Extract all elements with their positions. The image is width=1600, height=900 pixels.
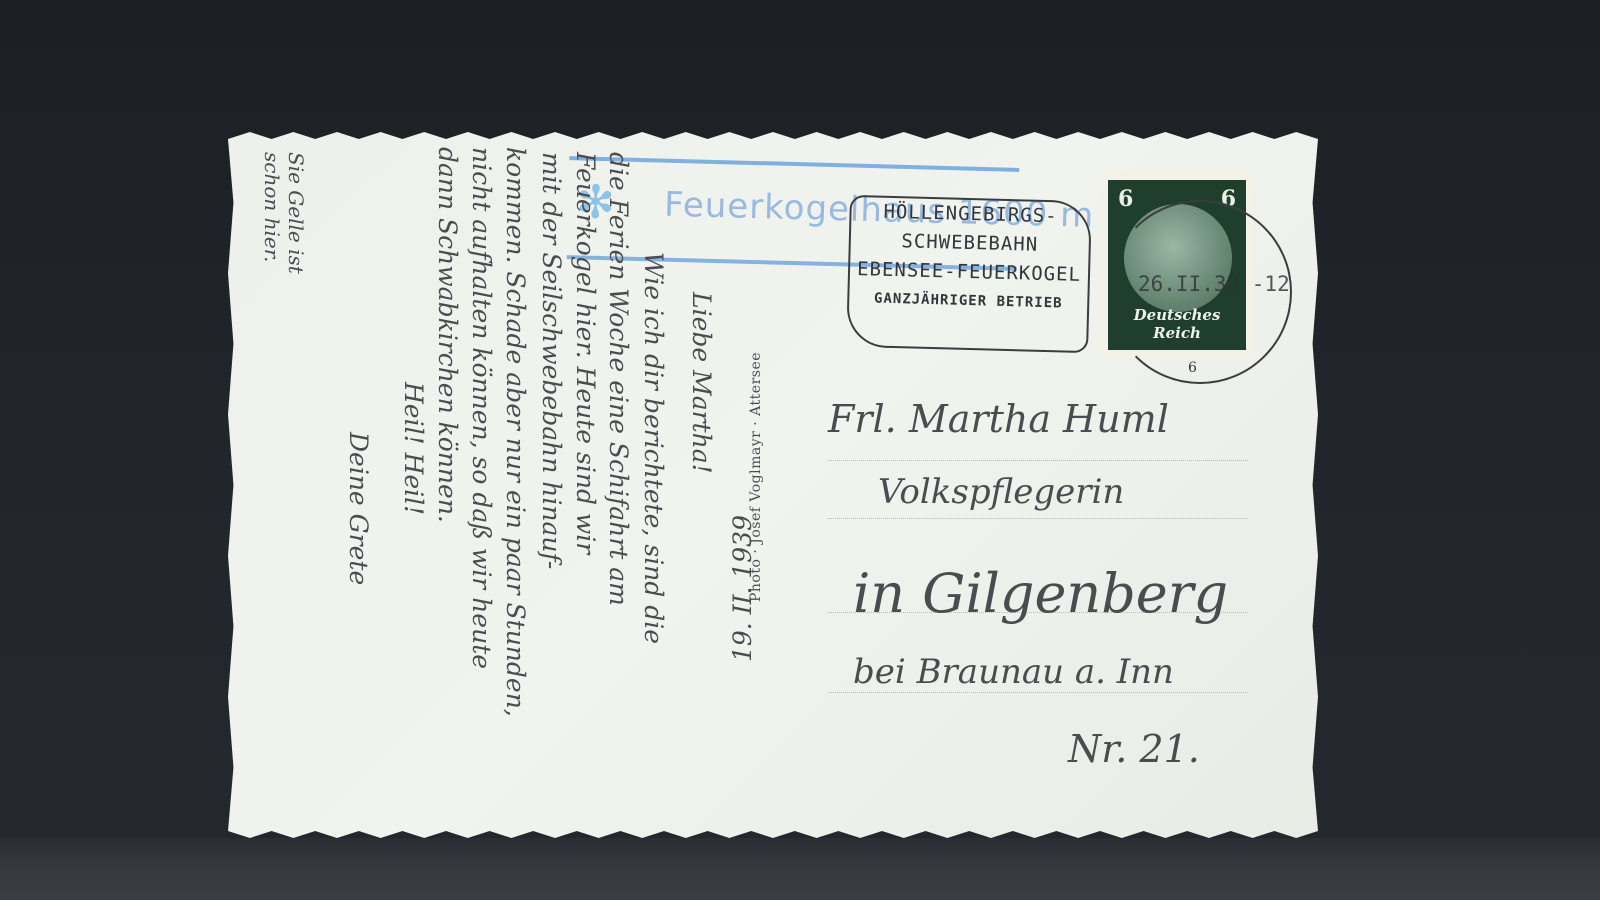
message-line: schon hier. (260, 152, 284, 262)
address-title: Volkspflegerin (878, 472, 1124, 512)
message-signature: Deine Grete (344, 432, 373, 585)
message-date: 19. II. 1939 (728, 515, 757, 662)
message-line: kommen. Schade aber nur ein paar Stunden… (501, 147, 530, 717)
slogan-line: HÖLLENGEBIRGS- (851, 197, 1090, 232)
postmark-sub: 6 (1188, 360, 1197, 376)
address-town: in Gilgenberg (853, 562, 1228, 625)
message-line: Wie ich dir berichtete, sind die (639, 252, 668, 644)
slogan-cancellation: HÖLLENGEBIRGS- SCHWEBEBAHN EBENSEE-FEUER… (846, 195, 1092, 353)
message-line: mit der Seilschwebebahn hinauf- (537, 152, 566, 569)
message-line: Feuerkogel hier. Heute sind wir (571, 152, 600, 554)
address-rule (828, 460, 1248, 461)
message-line: dann Schwabkirchen können. (433, 147, 462, 523)
address-region: bei Braunau a. Inn (853, 652, 1174, 692)
message-line: nicht aufhalten können, so daß wir heute (467, 147, 496, 669)
postmark-date: 26.II.39 -12 (1138, 272, 1290, 296)
message-line: die Ferien Woche eine Schifahrt am (604, 152, 633, 606)
address-rule (828, 518, 1248, 519)
postcard: ✻ Feuerkogelhaus 1600 m HÖLLENGEBIRGS- S… (228, 132, 1318, 838)
slogan-line: GANZJÄHRIGER BETRIEB (849, 284, 1088, 319)
address-rule (828, 692, 1248, 693)
address-recipient: Frl. Martha Huml (828, 397, 1169, 441)
stamp-denomination-left: 6 (1118, 186, 1133, 212)
message-salutation: Liebe Martha! (687, 292, 716, 474)
address-house-number: Nr. 21. (1068, 727, 1200, 771)
message-line: Sie Gelle ist (284, 152, 308, 274)
message-line: Heil! Heil! (399, 382, 428, 515)
backdrop-shelf (0, 838, 1600, 900)
